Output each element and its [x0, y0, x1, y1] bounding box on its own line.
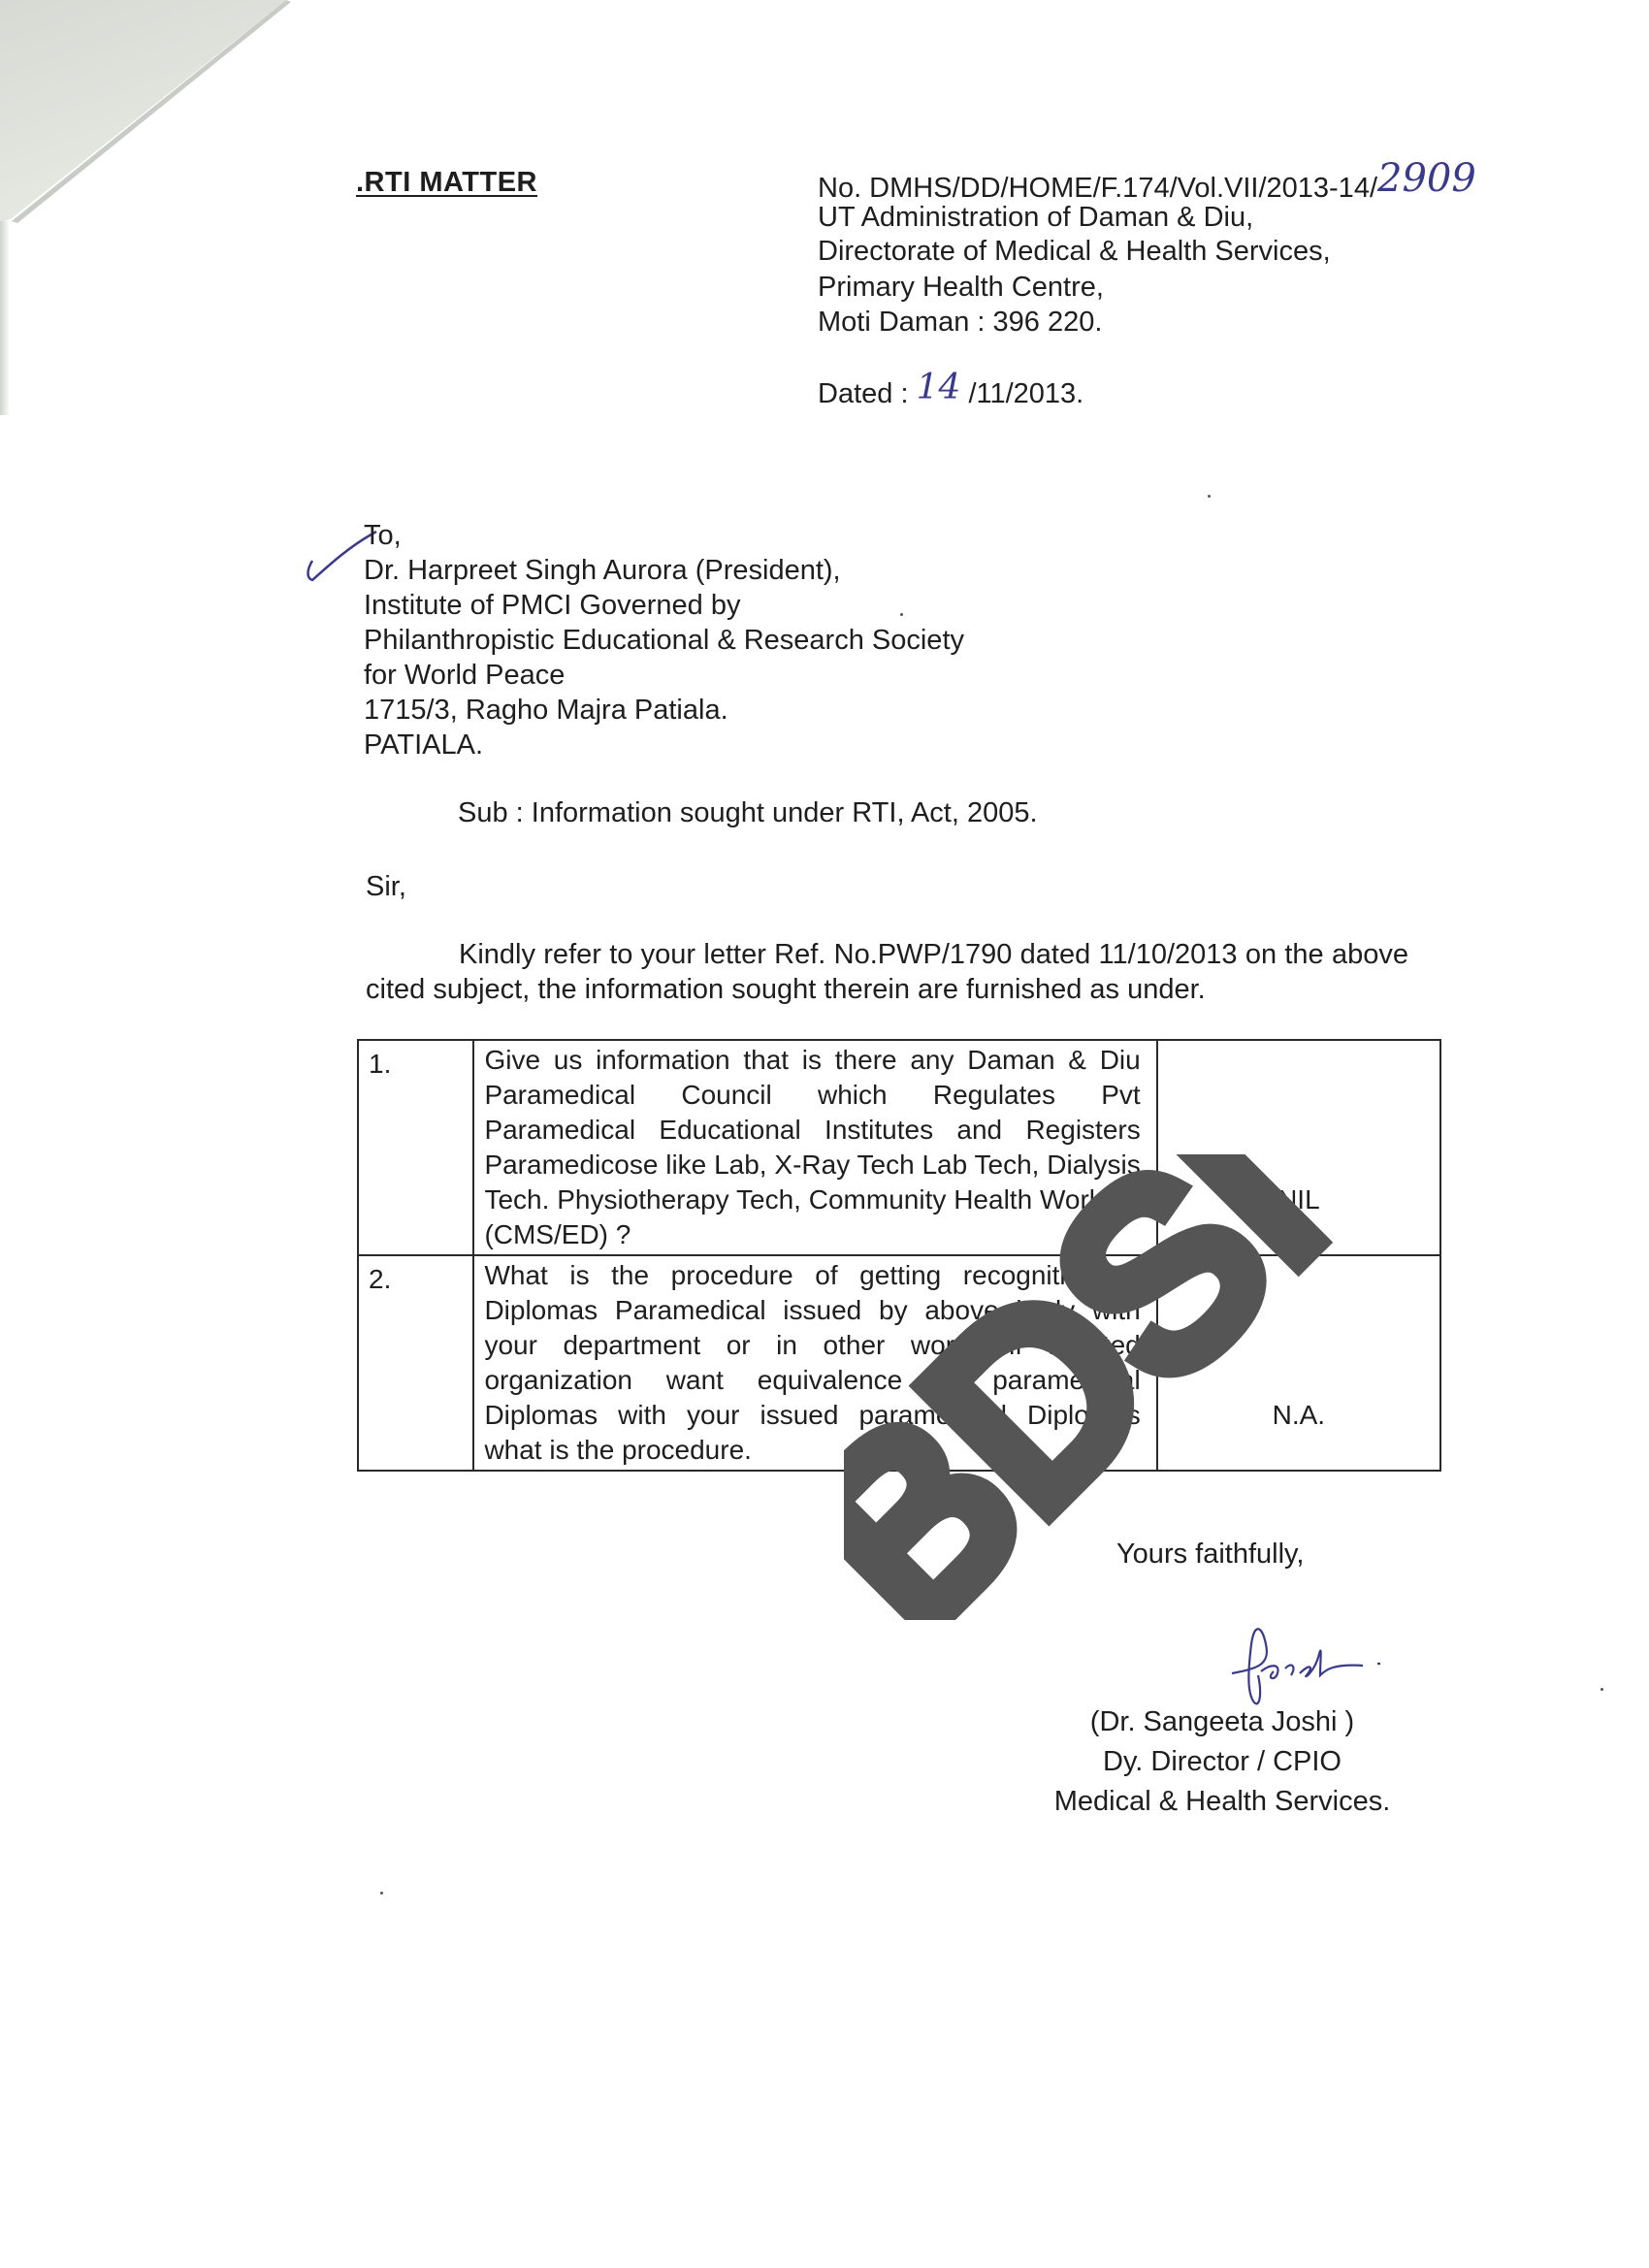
information-table: 1. Give us information that is there any… [357, 1039, 1441, 1472]
recipient-address-line: Dr. Harpreet Singh Aurora (President), [364, 553, 964, 588]
scan-speck [1208, 495, 1211, 498]
closing: Yours faithfully, [1116, 1539, 1304, 1571]
sender-address-line: Primary Health Centre, [818, 270, 1104, 305]
row-number: 1. [358, 1040, 473, 1255]
body-paragraph: Kindly refer to your letter Ref. No.PWP/… [366, 937, 1408, 1007]
scan-speck [380, 1892, 383, 1895]
signature-block: (Dr. Sangeeta Joshi ) Dy. Director / CPI… [1038, 1702, 1406, 1822]
recipient-address-line: PATIALA. [364, 728, 964, 762]
recipient-address-line: for World Peace [364, 658, 964, 693]
reference-number-handwritten: 2909 [1377, 156, 1476, 201]
recipient-address-line: Philanthropistic Educational & Research … [364, 623, 964, 658]
sender-address-line: Directorate of Medical & Health Services… [818, 234, 1331, 269]
page-left-edge-shadow [0, 221, 10, 415]
rti-matter-heading: .RTI MATTER [356, 167, 537, 199]
row-question: Give us information that is there any Da… [473, 1040, 1156, 1255]
scan-speck [989, 1536, 992, 1539]
table-row: 1. Give us information that is there any… [358, 1040, 1440, 1255]
subject-line: Sub : Information sought under RTI, Act,… [458, 797, 1038, 829]
row-number: 2. [358, 1255, 473, 1471]
sender-address-line: Moti Daman : 396 220. [818, 305, 1102, 340]
recipient-address-line: Institute of PMCI Governed by [364, 588, 964, 623]
table-row: 2. What is the procedure of getting reco… [358, 1255, 1440, 1471]
row-question: What is the procedure of getting recogni… [473, 1255, 1156, 1471]
dated-label: Dated : [818, 378, 909, 409]
row-answer: NIL [1157, 1040, 1440, 1255]
signatory-name: (Dr. Sangeeta Joshi ) [1038, 1702, 1406, 1742]
scan-speck [900, 613, 903, 616]
recipient-address: To, Dr. Harpreet Singh Aurora (President… [364, 551, 964, 762]
scan-speck [1600, 1688, 1603, 1691]
recipient-address-line: 1715/3, Ragho Majra Patiala. [364, 693, 964, 728]
row-answer: N.A. [1157, 1255, 1440, 1471]
salutation: Sir, [366, 871, 406, 903]
signatory-department: Medical & Health Services. [1038, 1782, 1406, 1822]
dated-rest: /11/2013. [968, 378, 1083, 409]
date-line: Dated : 14 /11/2013. [818, 374, 1083, 411]
sender-address-line: UT Administration of Daman & Diu, [818, 200, 1253, 235]
to-label: To, [364, 518, 964, 553]
dated-day-handwritten: 14 [917, 368, 961, 407]
signatory-designation: Dy. Director / CPIO [1038, 1742, 1406, 1782]
